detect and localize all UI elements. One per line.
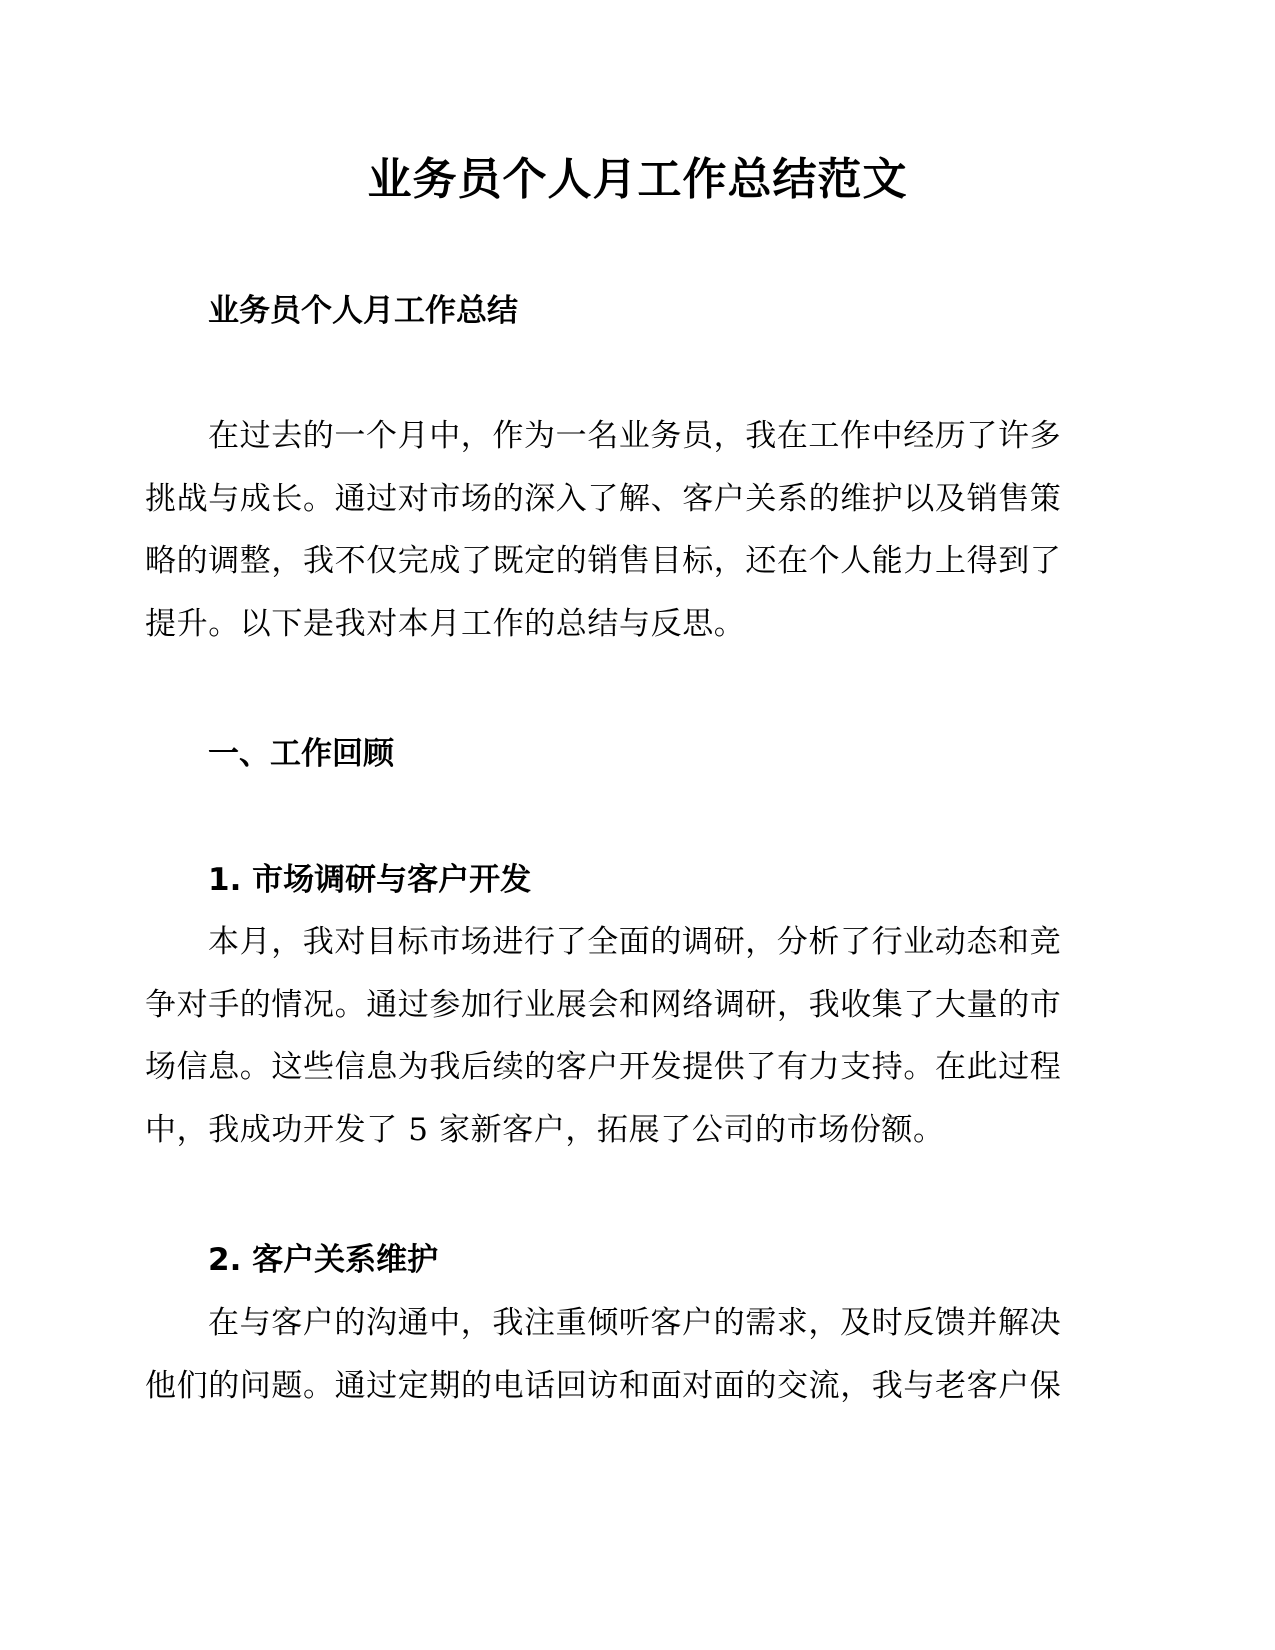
customer-relations-paragraph: 在与客户的沟通中，我注重倾听客户的需求，及时反馈并解决 他们的问题。通过定期的电… [145, 1303, 1063, 1428]
paragraph-line: 中，我成功开发了 5 家新客户，拓展了公司的市场份额。 [145, 1110, 1063, 1173]
paragraph-line: 场信息。这些信息为我后续的客户开发提供了有力支持。在此过程 [145, 1047, 1063, 1110]
document-page: 业务员个人月工作总结范文 业务员个人月工作总结 在过去的一个月中，作为一名业务员… [0, 0, 1275, 1650]
paragraph-line: 挑战与成长。通过对市场的深入了解、客户关系的维护以及销售策 [145, 479, 1063, 542]
paragraph-line: 他们的问题。通过定期的电话回访和面对面的交流，我与老客户保 [145, 1366, 1063, 1429]
document-title: 业务员个人月工作总结范文 [0, 152, 1275, 208]
paragraph-line: 提升。以下是我对本月工作的总结与反思。 [145, 604, 1063, 667]
paragraph-line: 争对手的情况。通过参加行业展会和网络调研，我收集了大量的市 [145, 985, 1063, 1048]
market-research-paragraph: 本月，我对目标市场进行了全面的调研，分析了行业动态和竞 争对手的情况。通过参加行… [145, 922, 1063, 1172]
paragraph-line: 在过去的一个月中，作为一名业务员，我在工作中经历了许多 [145, 416, 1063, 479]
section-heading-work-review: 一、工作回顾 [208, 734, 394, 774]
subsection-heading-market-research: 1. 市场调研与客户开发 [208, 860, 531, 900]
paragraph-line: 在与客户的沟通中，我注重倾听客户的需求，及时反馈并解决 [145, 1303, 1063, 1366]
paragraph-line: 本月，我对目标市场进行了全面的调研，分析了行业动态和竞 [145, 922, 1063, 985]
document-subtitle: 业务员个人月工作总结 [208, 291, 518, 331]
intro-paragraph: 在过去的一个月中，作为一名业务员，我在工作中经历了许多 挑战与成长。通过对市场的… [145, 416, 1063, 666]
paragraph-line: 略的调整，我不仅完成了既定的销售目标，还在个人能力上得到了 [145, 541, 1063, 604]
subsection-heading-customer-relations: 2. 客户关系维护 [208, 1240, 438, 1280]
